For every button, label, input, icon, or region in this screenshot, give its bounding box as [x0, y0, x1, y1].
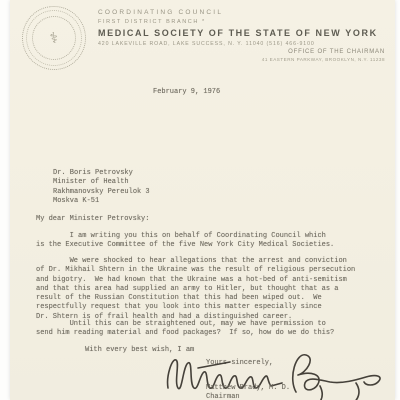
letterhead: COORDINATING COUNCIL FIRST DISTRICT BRAN… [98, 9, 378, 47]
recipient-address-block: Dr. Boris Petrovsky Minister of Health R… [53, 169, 150, 206]
typed-signature-title: Chairman [206, 393, 240, 400]
valediction: Yours sincerely, [206, 359, 273, 368]
salutation: My dear Minister Petrovsky: [36, 215, 149, 224]
closing-phrase: With every best wish, I am [85, 346, 194, 355]
letterhead-branch-line: FIRST DISTRICT BRANCH * [98, 19, 378, 25]
scanned-letter-screenshot: { "letterhead": { "council_line": "COORD… [0, 0, 400, 400]
body-paragraph-1: I am writing you this on behalf of Coord… [36, 232, 334, 251]
office-title: OFFICE OF THE CHAIRMAN [262, 49, 385, 55]
office-block: OFFICE OF THE CHAIRMAN 41 EASTERN PARKWA… [262, 49, 385, 62]
society-seal-icon: ⚕ [18, 2, 90, 74]
letter-page: ⚕ COORDINATING COUNCIL FIRST DISTRICT BR… [10, 0, 395, 400]
letter-date: February 9, 1976 [153, 88, 220, 97]
typed-signature-name: Matthew Brady, M. D. [206, 384, 290, 393]
body-paragraph-3: Until this can be straightened out, may … [36, 320, 334, 339]
letterhead-society-address: 420 LAKEVILLE ROAD, LAKE SUCCESS, N. Y. … [98, 41, 378, 47]
seal-ring [22, 6, 85, 69]
letterhead-society-name: MEDICAL SOCIETY OF THE STATE OF NEW YORK [98, 28, 378, 38]
letterhead-council-line: COORDINATING COUNCIL [98, 9, 378, 16]
body-paragraph-2: We were shocked to hear allegations that… [36, 257, 355, 322]
office-address: 41 EASTERN PARKWAY, BROOKLYN, N.Y. 11238 [262, 57, 385, 62]
